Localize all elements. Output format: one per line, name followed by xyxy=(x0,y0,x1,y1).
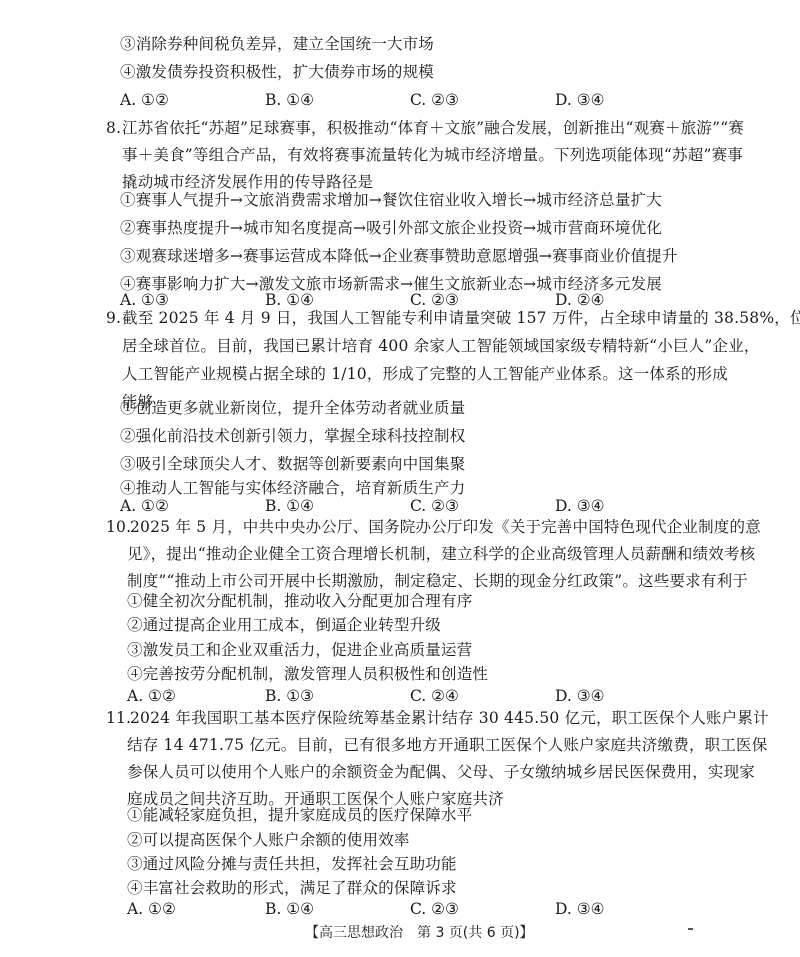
choice-b: B. ①④ xyxy=(265,90,314,110)
option-item: ①赛事人气提升→文旅消费需求增加→餐饮住宿业收入增长→城市经济总量扩大 xyxy=(120,190,662,210)
choice-a: A. ①② xyxy=(120,496,169,516)
choice-b: B. ①④ xyxy=(265,496,314,516)
question-number: 8. xyxy=(106,118,121,138)
question-number: 11. xyxy=(106,708,131,728)
choice-c: C. ②③ xyxy=(410,899,459,919)
question-stem: 撬动城市经济发展作用的传导路径是 xyxy=(122,172,373,192)
question-stem: 2025 年 5 月，中共中央办公厅、国务院办公厅印发《关于完善中国特色现代企业… xyxy=(130,517,761,537)
question-stem: 人工智能产业规模占据全球的 1/10，形成了完整的人工智能产业体系。这一体系的形… xyxy=(122,364,728,384)
question-stem: 截至 2025 年 4 月 9 日，我国人工智能专利申请量突破 157 万件，占… xyxy=(122,308,800,328)
option-item: ④完善按劳分配机制，激发管理人员积极性和创造性 xyxy=(127,664,488,684)
choice-c: C. ②④ xyxy=(410,686,459,706)
choice-d: D. ③④ xyxy=(555,90,605,110)
exam-page: ③消除券种间税负差异，建立全国统一大市场 ④激发债券投资积极性，扩大债券市场的规… xyxy=(0,0,800,957)
option-item: ③激发员工和企业双重活力，促进企业高质量运营 xyxy=(127,640,472,660)
page-footer: 【高三思想政治 第 3 页(共 6 页)】 xyxy=(305,922,534,942)
option-item: ③吸引全球顶尖人才、数据等创新要素向中国集聚 xyxy=(120,454,465,474)
question-stem: 2024 年我国职工基本医疗保险统筹基金累计结存 30 445.50 亿元，职工… xyxy=(130,708,769,728)
choice-b: B. ①④ xyxy=(265,290,314,310)
option-item: ②赛事热度提升→城市知名度提高→吸引外部文旅企业投资→城市营商环境优化 xyxy=(120,218,662,238)
question-number: 9. xyxy=(106,308,121,328)
question-stem: 江苏省依托“苏超”足球赛事，积极推动“体育＋文旅”融合发展，创新推出“观赛＋旅游… xyxy=(122,118,744,138)
question-number: 10. xyxy=(106,517,131,537)
choice-b: B. ①③ xyxy=(265,686,314,706)
question-stem: 事＋美食”等组合产品，有效将赛事流量转化为城市经济增量。下列选项能体现“苏超”赛… xyxy=(122,145,743,165)
option-item: ④推动人工智能与实体经济融合，培育新质生产力 xyxy=(120,478,465,498)
question-stem: 见》，提出“推动企业健全工资合理增长机制，建立科学的企业高级管理人员薪酬和绩效考… xyxy=(127,544,755,564)
choice-a: A. ①② xyxy=(127,899,176,919)
option-item: ①健全初次分配机制，推动收入分配更加合理有序 xyxy=(127,591,472,611)
option-item: ③消除券种间税负差异，建立全国统一大市场 xyxy=(120,34,434,54)
question-stem: 居全球首位。目前，我国已累计培育 400 余家人工智能领域国家级专精特新“小巨人… xyxy=(122,336,760,356)
option-item: ①能减轻家庭负担，提升家庭成员的医疗保障水平 xyxy=(127,805,472,825)
option-item: ②通过提高企业用工成本，倒逼企业转型升级 xyxy=(127,615,441,635)
option-item: ④激发债券投资积极性，扩大债券市场的规模 xyxy=(120,62,434,82)
question-stem: 结存 14 471.75 亿元。目前，已有很多地方开通职工医保个人账户家庭共济缴… xyxy=(127,735,767,755)
choice-c: C. ②③ xyxy=(410,90,459,110)
choice-a: A. ①② xyxy=(120,90,169,110)
option-item: ②强化前沿技术创新引领力，掌握全球科技控制权 xyxy=(120,426,465,446)
option-item: ①创造更多就业新岗位，提升全体劳动者就业质量 xyxy=(120,398,465,418)
choice-a: A. ①② xyxy=(127,686,176,706)
choice-d: D. ③④ xyxy=(555,899,605,919)
choice-d: D. ③④ xyxy=(555,496,605,516)
question-stem: 制度”“推动上市公司开展中长期激励，制定稳定、长期的现金分红政策”。这些要求有利… xyxy=(127,571,748,591)
option-item: ③通过风险分摊与责任共担，发挥社会互助功能 xyxy=(127,854,457,874)
choice-b: B. ①④ xyxy=(265,899,314,919)
option-item: ②可以提高医保个人账户余额的使用效率 xyxy=(127,830,410,850)
page-mark xyxy=(688,928,693,930)
option-item: ④丰富社会救助的形式，满足了群众的保障诉求 xyxy=(127,878,457,898)
choice-d: D. ③④ xyxy=(555,686,605,706)
choice-c: C. ②③ xyxy=(410,290,459,310)
choice-c: C. ②③ xyxy=(410,496,459,516)
question-stem: 参保人员可以使用个人账户的余额资金为配偶、父母、子女缴纳城乡居民医保费用，实现家 xyxy=(127,762,755,782)
choice-d: D. ②④ xyxy=(555,290,605,310)
choice-a: A. ①③ xyxy=(120,290,169,310)
option-item: ③观赛球迷增多→赛事运营成本降低→企业赛事赞助意愿增强→赛事商业价值提升 xyxy=(120,246,678,266)
